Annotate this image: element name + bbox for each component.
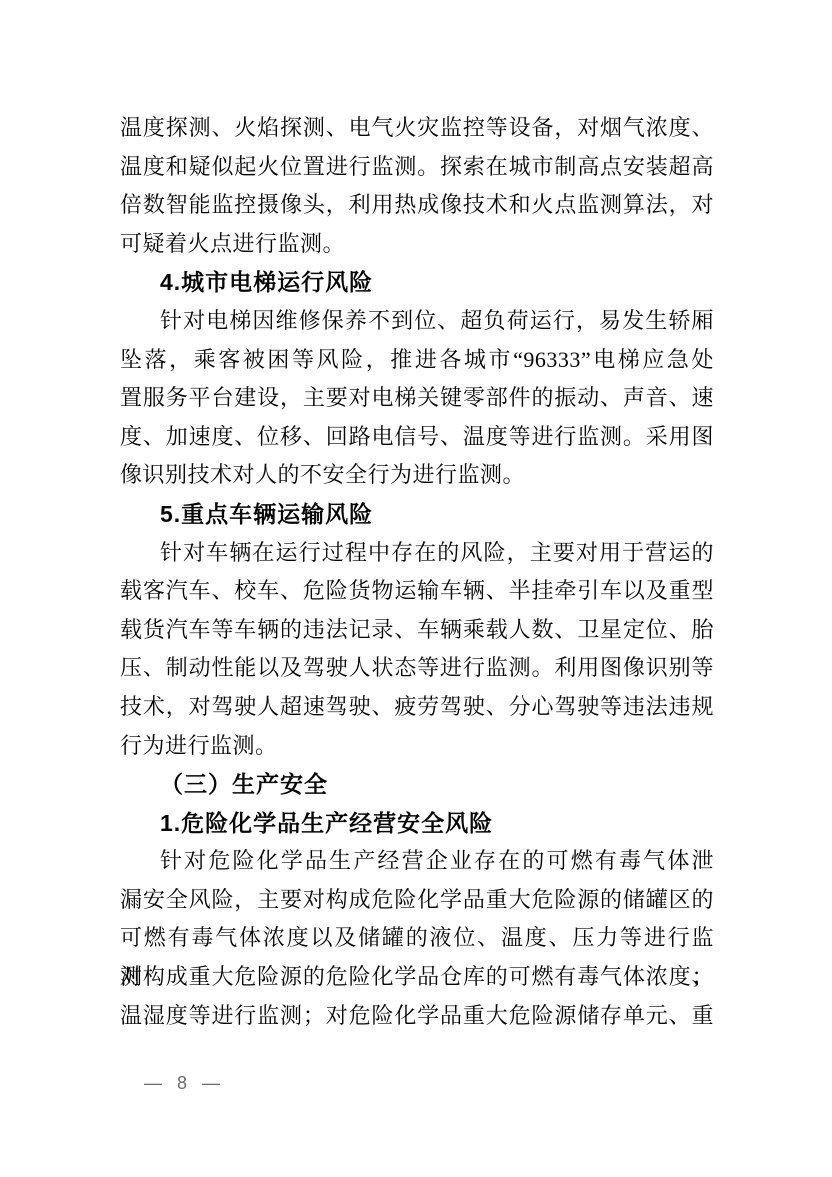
- body-line: 置服务平台建设，主要对电梯关键零部件的振动、声音、速: [120, 379, 714, 418]
- body-line: 坠落，乘客被困等风险，推进各城市“96333”电梯应急处: [120, 341, 714, 380]
- body-line: 温度探测、火焰探测、电气火灾监控等设备，对烟气浓度、: [120, 109, 714, 148]
- body-line: 压、制动性能以及驾驶人状态等进行监测。利用图像识别等: [120, 649, 714, 688]
- section-heading-hazchem-risk: 1.危险化学品生产经营安全风险: [120, 804, 714, 843]
- body-line: 载客汽车、校车、危险货物运输车辆、半挂牵引车以及重型: [120, 572, 714, 611]
- text-column: 温度探测、火焰探测、电气火灾监控等设备，对烟气浓度、 温度和疑似起火位置进行监测…: [120, 109, 714, 1035]
- body-line: 针对电梯因维修保养不到位、超负荷运行，易发生轿厢: [120, 302, 714, 341]
- body-line: 像识别技术对人的不安全行为进行监测。: [120, 456, 714, 495]
- section-heading-elevator-risk: 4.城市电梯运行风险: [120, 263, 714, 302]
- body-line: 温度和疑似起火位置进行监测。探索在城市制高点安装超高: [120, 148, 714, 187]
- page-number: — 8 —: [144, 1072, 221, 1094]
- body-line: 针对车辆在运行过程中存在的风险，主要对用于营运的: [120, 534, 714, 573]
- body-line: 行为进行监测。: [120, 727, 714, 766]
- body-line: 度、加速度、位移、回路电信号、温度等进行监测。采用图: [120, 418, 714, 457]
- body-line: 温湿度等进行监测；对危险化学品重大危险源储存单元、重: [120, 997, 714, 1036]
- body-line: 对构成重大危险源的危险化学品仓库的可燃有毒气体浓度、: [120, 958, 714, 997]
- body-line: 可燃有毒气体浓度以及储罐的液位、温度、压力等进行监测；: [120, 919, 714, 958]
- body-line: 可疑着火点进行监测。: [120, 225, 714, 264]
- body-line: 针对危险化学品生产经营企业存在的可燃有毒气体泄: [120, 842, 714, 881]
- body-line: 技术，对驾驶人超速驾驶、疲劳驾驶、分心驾驶等违法违规: [120, 688, 714, 727]
- body-line: 倍数智能监控摄像头，利用热成像技术和火点监测算法，对: [120, 186, 714, 225]
- section-heading-production-safety: （三）生产安全: [120, 765, 714, 804]
- body-line: 漏安全风险，主要对构成危险化学品重大危险源的储罐区的: [120, 881, 714, 920]
- body-line: 载货汽车等车辆的违法记录、车辆乘载人数、卫星定位、胎: [120, 611, 714, 650]
- section-heading-vehicle-risk: 5.重点车辆运输风险: [120, 495, 714, 534]
- document-page: 温度探测、火焰探测、电气火灾监控等设备，对烟气浓度、 温度和疑似起火位置进行监测…: [0, 0, 832, 1177]
